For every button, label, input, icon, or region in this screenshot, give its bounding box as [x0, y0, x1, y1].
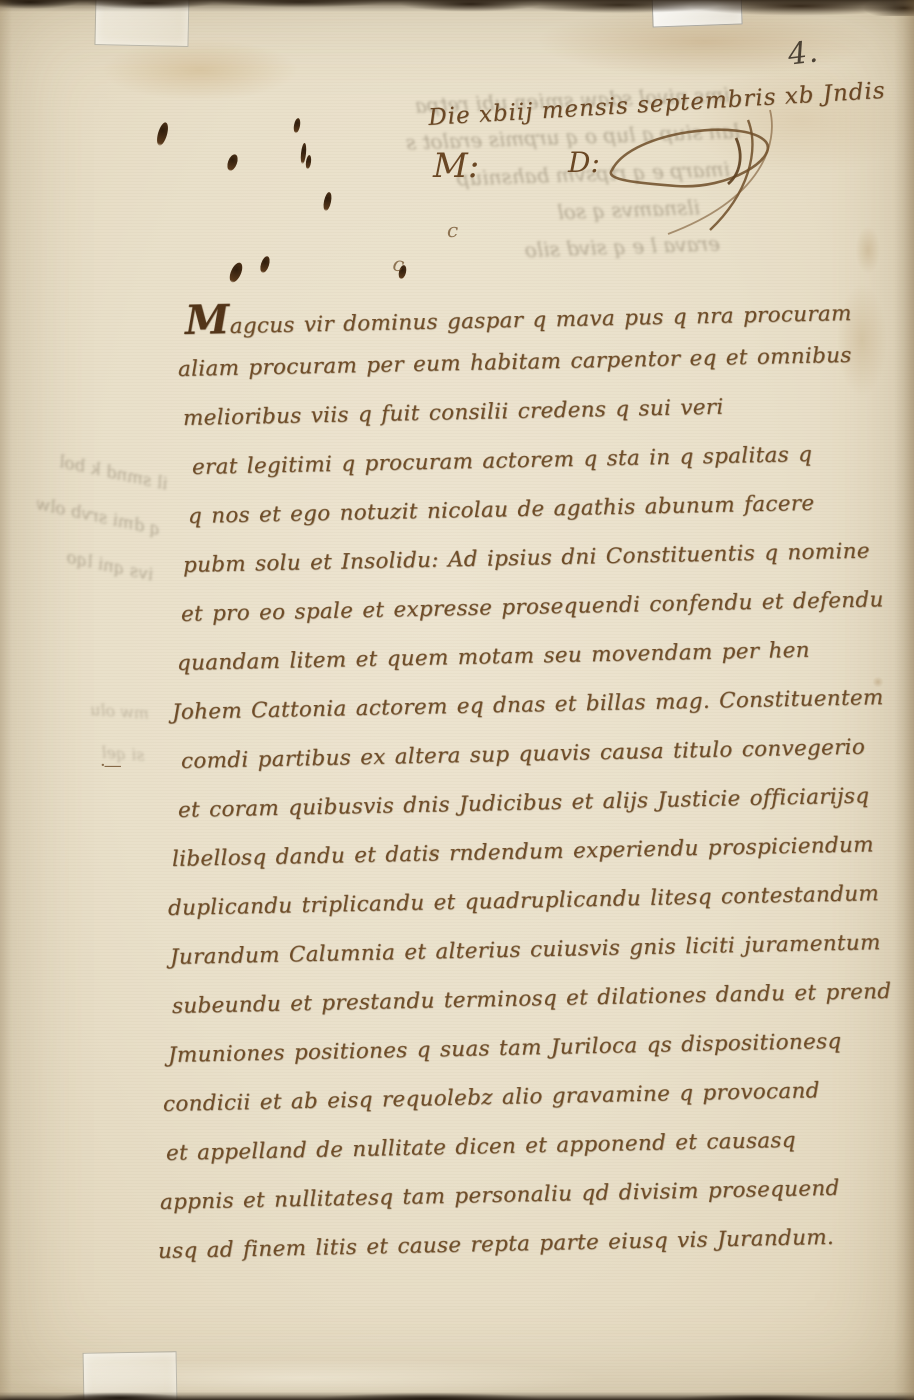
tape-strip-top-center: [651, 0, 742, 28]
tape-strip-bottom-left: [83, 1351, 178, 1400]
stray-ink-mark: c: [447, 218, 458, 242]
manuscript-body: Magcus vir dominus gaspar q mava pus q n…: [0, 296, 914, 1276]
ink-blot: [225, 153, 239, 172]
ink-blot: [155, 121, 170, 147]
manuscript-scan: ims nivol sdaw smien ubi retpa lan siup …: [0, 0, 914, 1400]
ink-blot: [259, 255, 272, 274]
header-initial-m: M:: [433, 146, 479, 186]
ink-blot: [305, 155, 312, 170]
tape-strip-top-left: [94, 0, 189, 47]
ink-blot: [293, 118, 302, 134]
notary-paraph-flourish-icon: [598, 108, 788, 248]
ink-blot: [227, 261, 245, 284]
ink-blot: [322, 191, 333, 211]
header-initial-d: D:: [568, 146, 600, 179]
folio-number: 4.: [786, 34, 821, 72]
